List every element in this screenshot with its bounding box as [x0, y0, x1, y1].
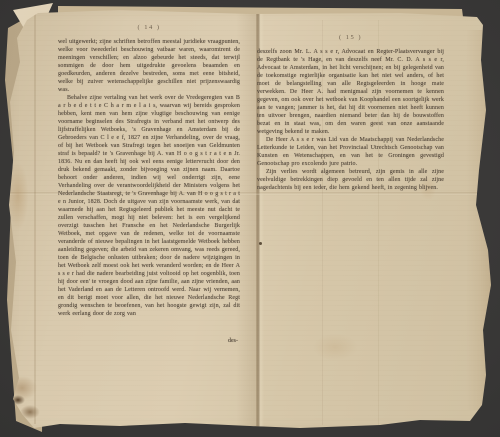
ink-speck [259, 242, 262, 245]
worn-corner-stain [4, 368, 50, 424]
page-left: ( 14 ) wel uitgewerkt; zijne schriften b… [58, 24, 240, 338]
page-right: ( 15 ) deszelfs zoon Mr. L. A s s e r, A… [257, 34, 444, 214]
paragraph: De Heer A s s e r was Lid van de Maatsch… [257, 136, 444, 168]
paragraph: Behalve zijne vertaling van het werk ove… [58, 94, 240, 318]
right-edge-shading [466, 30, 492, 410]
paragraph: deszelfs zoon Mr. L. A s s e r, Advocaat… [257, 48, 444, 136]
page-number-right: ( 15 ) [257, 34, 444, 41]
document-sheet: ( 14 ) wel uitgewerkt; zijne schriften b… [0, 0, 500, 437]
catchword: des- [178, 338, 238, 344]
page-number-left: ( 14 ) [58, 24, 240, 31]
paragraph: Zijn verlies wordt algemeen betreurd, zi… [257, 168, 444, 192]
paragraph: wel uitgewerkt; zijne schriften betroffe… [58, 38, 240, 94]
foxing-spot [300, 325, 370, 370]
photo-backdrop: ( 14 ) wel uitgewerkt; zijne schriften b… [0, 0, 500, 437]
